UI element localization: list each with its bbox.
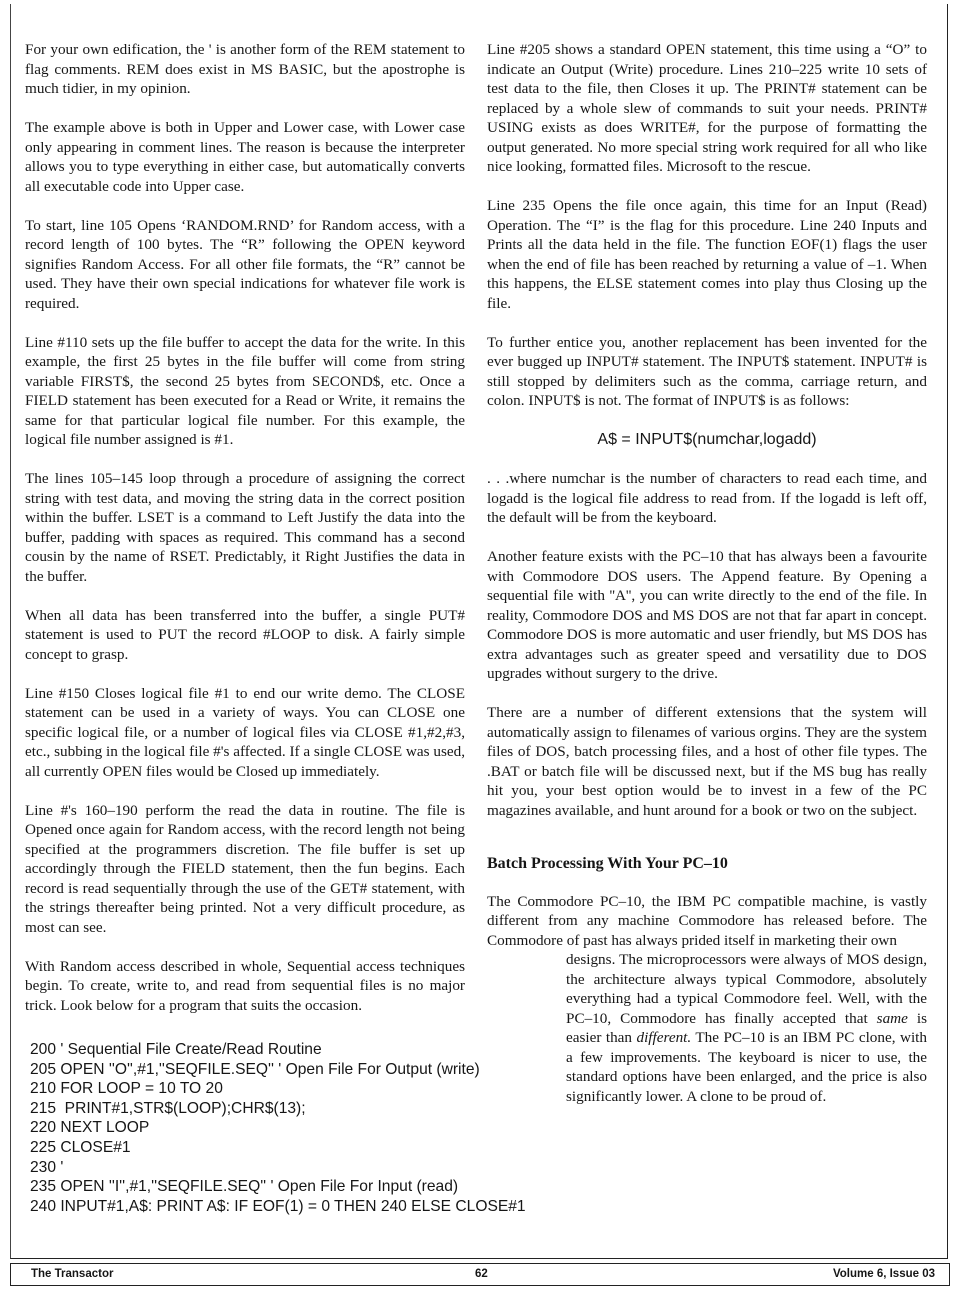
code-line: 225 CLOSE#1: [30, 1138, 550, 1158]
right-column: Line #205 shows a standard OPEN statemen…: [487, 40, 927, 1126]
paragraph: For your own edification, the ' is anoth…: [25, 40, 465, 99]
paragraph: . . .where numchar is the number of char…: [487, 469, 927, 528]
page-footer: The Transactor 62 Volume 6, Issue 03: [10, 1263, 950, 1286]
code-line: 215 PRINT#1,STR$(LOOP);CHR$(13);: [30, 1099, 550, 1119]
paragraph: Line #110 sets up the file buffer to acc…: [25, 333, 465, 450]
code-line: 210 FOR LOOP = 10 TO 20: [30, 1079, 550, 1099]
left-column: For your own edification, the ' is anoth…: [25, 40, 465, 1035]
paragraph: Line 235 Opens the file once again, this…: [487, 196, 927, 313]
paragraph: The lines 105–145 loop through a procedu…: [25, 469, 465, 586]
code-line: 240 INPUT#1,A$: PRINT A$: IF EOF(1) = 0 …: [30, 1197, 550, 1217]
code-line: 200 ' Sequential File Create/Read Routin…: [30, 1040, 550, 1060]
code-line: 235 OPEN ''I'',#1,''SEQFILE.SEQ'' ' Open…: [30, 1177, 550, 1197]
paragraph: When all data has been transferred into …: [25, 606, 465, 665]
paragraph: The Commodore PC–10, the IBM PC compatib…: [487, 892, 927, 951]
page-number: 62: [475, 1268, 488, 1280]
code-listing: 200 ' Sequential File Create/Read Routin…: [30, 1040, 550, 1216]
paragraph-indented: designs. The microprocessors were always…: [487, 950, 927, 1106]
paragraph: Line #205 shows a standard OPEN statemen…: [487, 40, 927, 177]
paragraph: To further entice you, another replaceme…: [487, 333, 927, 411]
emphasis: different.: [636, 1029, 691, 1046]
paragraph: Another feature exists with the PC–10 th…: [487, 547, 927, 684]
paragraph: There are a number of different extensio…: [487, 703, 927, 820]
code-line: 205 OPEN ''O'',#1,''SEQFILE.SEQ'' ' Open…: [30, 1060, 550, 1080]
section-heading: Batch Processing With Your PC–10: [487, 854, 927, 874]
paragraph: With Random access described in whole, S…: [25, 957, 465, 1016]
text-span: designs. The microprocessors were always…: [566, 951, 927, 1027]
paragraph: The example above is both in Upper and L…: [25, 118, 465, 196]
paragraph: Line #'s 160–190 perform the read the da…: [25, 801, 465, 938]
emphasis: same: [877, 1010, 908, 1027]
paragraph: To start, line 105 Opens ‘RANDOM.RND’ fo…: [25, 216, 465, 314]
syntax-example: A$ = INPUT$(numchar,logadd): [487, 430, 927, 450]
code-line: 230 ': [30, 1158, 550, 1178]
publication-name: The Transactor: [31, 1268, 113, 1280]
code-line: 220 NEXT LOOP: [30, 1118, 550, 1138]
issue-label: Volume 6, Issue 03: [833, 1268, 935, 1280]
paragraph: Line #150 Closes logical file #1 to end …: [25, 684, 465, 782]
